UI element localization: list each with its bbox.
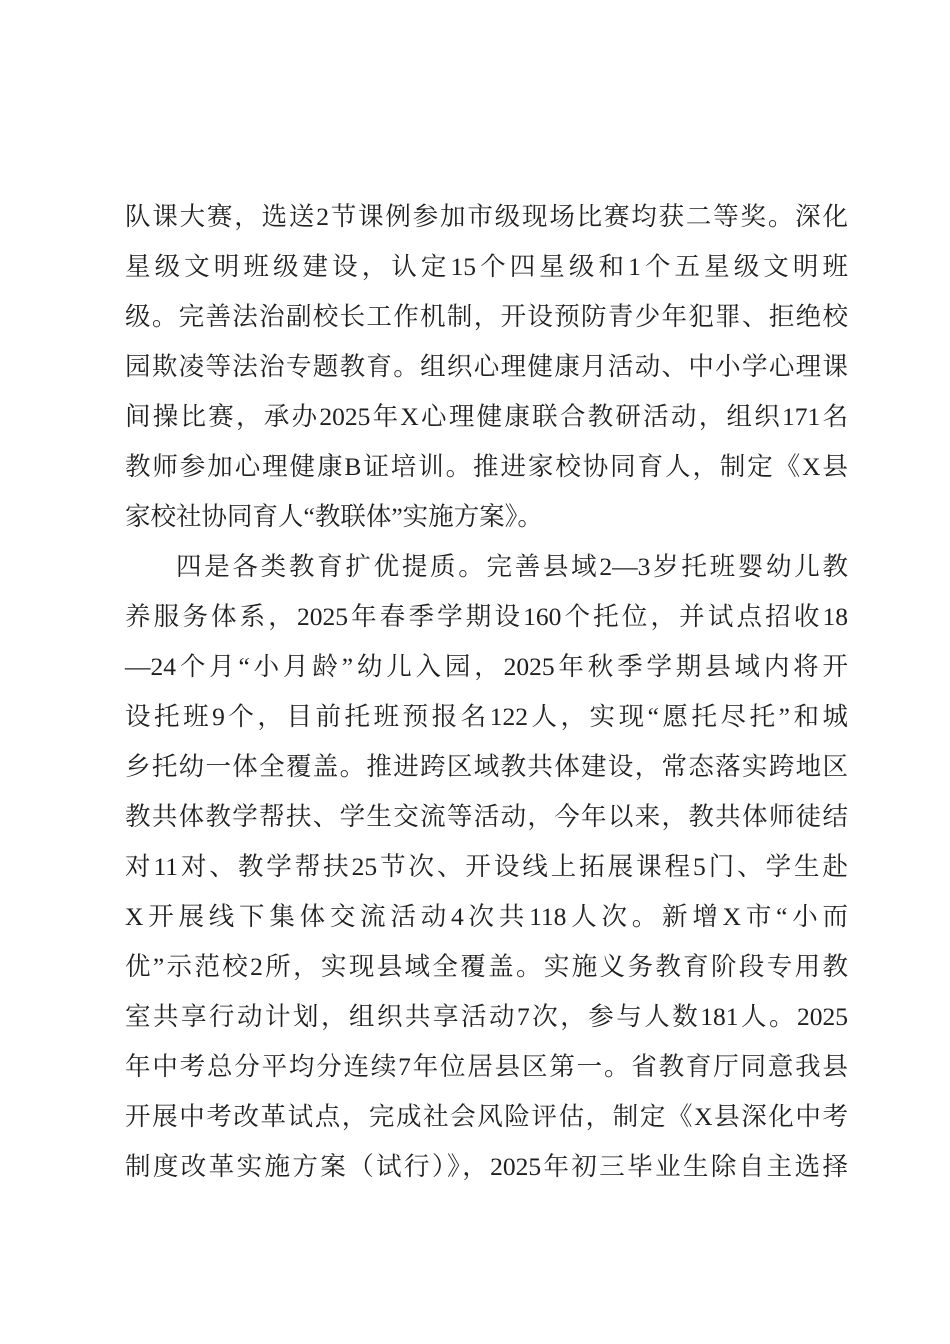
text-line: 室共享行动计划，组织共享活动7次，参与人数181人。2025 — [125, 992, 848, 1042]
document-body: 队课大赛，选送2节课例参加市级现场比赛均获二等奖。深化星级文明班级建设，认定15… — [125, 192, 848, 1192]
text-line: 星级文明班级建设，认定15个四星级和1个五星级文明班 — [125, 242, 848, 292]
text-line: 四是各类教育扩优提质。完善县域2—3岁托班婴幼儿教 — [125, 542, 848, 592]
text-line: 对11对、教学帮扶25节次、开设线上拓展课程5门、学生赴 — [125, 842, 848, 892]
text-line: 间操比赛，承办2025年X心理健康联合教研活动，组织171名 — [125, 392, 848, 442]
text-line: 优”示范校2所，实现县域全覆盖。实施义务教育阶段专用教 — [125, 942, 848, 992]
text-line: 教师参加心理健康B证培训。推进家校协同育人，制定《X县 — [125, 442, 848, 492]
text-line: 园欺凌等法治专题教育。组织心理健康月活动、中小学心理课 — [125, 342, 848, 392]
text-line: —24个月“小月龄”幼儿入园，2025年秋季学期县域内将开 — [125, 642, 848, 692]
text-line: 乡托幼一体全覆盖。推进跨区域教共体建设，常态落实跨地区 — [125, 742, 848, 792]
text-line: 教共体教学帮扶、学生交流等活动，今年以来，教共体师徒结 — [125, 792, 848, 842]
text-line: X开展线下集体交流活动4次共118人次。新增X市“小而 — [125, 892, 848, 942]
text-line: 年中考总分平均分连续7年位居县区第一。省教育厅同意我县 — [125, 1042, 848, 1092]
text-line: 家校社协同育人“教联体”实施方案》。 — [125, 492, 848, 542]
text-line: 队课大赛，选送2节课例参加市级现场比赛均获二等奖。深化 — [125, 192, 848, 242]
text-line: 养服务体系，2025年春季学期设160个托位，并试点招收18 — [125, 592, 848, 642]
text-line: 级。完善法治副校长工作机制，开设预防青少年犯罪、拒绝校 — [125, 292, 848, 342]
document-page: 队课大赛，选送2节课例参加市级现场比赛均获二等奖。深化星级文明班级建设，认定15… — [0, 0, 950, 1344]
text-line: 设托班9个，目前托班预报名122人，实现“愿托尽托”和城 — [125, 692, 848, 742]
text-line: 开展中考改革试点，完成社会风险评估，制定《X县深化中考 — [125, 1092, 848, 1142]
text-line: 制度改革实施方案（试行）》，2025年初三毕业生除自主选择 — [125, 1142, 848, 1192]
